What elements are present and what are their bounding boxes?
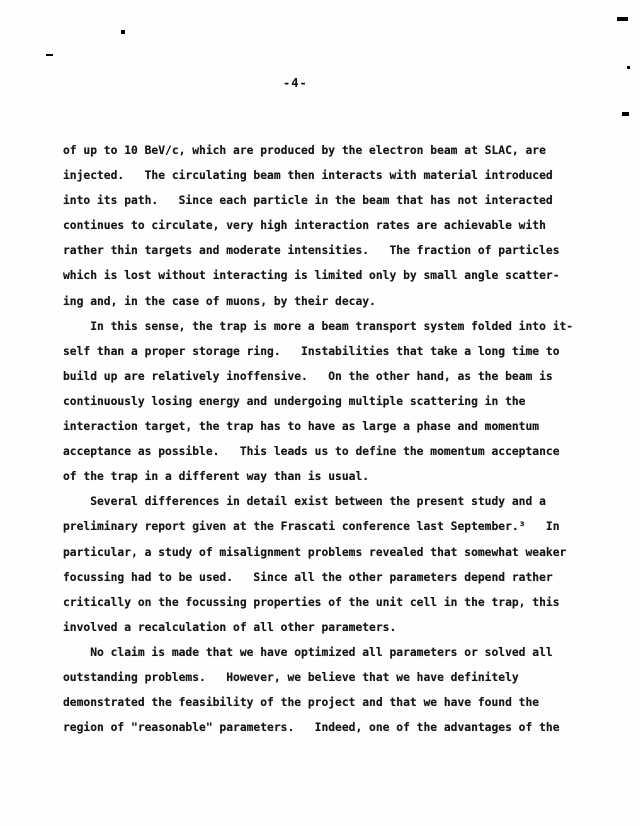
text-line: Several differences in detail exist betw… [63,489,585,514]
text-line: acceptance as possible. This leads us to… [63,439,585,464]
text-line: injected. The circulating beam then inte… [63,163,585,188]
text-line: focussing had to be used. Since all the … [63,565,585,590]
scan-speck [121,30,125,34]
text-line: of the trap in a different way than is u… [63,464,585,489]
document-body: of up to 10 BeV/c, which are produced by… [63,138,585,740]
text-line: region of "reasonable" parameters. Indee… [63,715,585,740]
text-line: build up are relatively inoffensive. On … [63,364,585,389]
text-line: of up to 10 BeV/c, which are produced by… [63,138,585,163]
text-line: critically on the focussing properties o… [63,590,585,615]
text-line: continues to circulate, very high intera… [63,213,585,238]
scan-speck [46,54,53,56]
scan-speck [617,17,628,21]
page-number: -4- [283,76,308,90]
text-line: continuously losing energy and undergoin… [63,389,585,414]
text-line: particular, a study of misalignment prob… [63,540,585,565]
text-line: demonstrated the feasibility of the proj… [63,690,585,715]
scan-speck [622,112,629,116]
text-line: interaction target, the trap has to have… [63,414,585,439]
text-line: self than a proper storage ring. Instabi… [63,339,585,364]
text-line: outstanding problems. However, we believ… [63,665,585,690]
text-line: preliminary report given at the Frascati… [63,514,585,539]
text-line: into its path. Since each particle in th… [63,188,585,213]
text-line: ing and, in the case of muons, by their … [63,289,585,314]
scan-speck [627,66,630,69]
text-line: involved a recalculation of all other pa… [63,615,585,640]
text-line: which is lost without interacting is lim… [63,263,585,288]
text-line: In this sense, the trap is more a beam t… [63,314,585,339]
text-line: rather thin targets and moderate intensi… [63,238,585,263]
scanned-document-page: -4- of up to 10 BeV/c, which are produce… [0,0,640,826]
text-line: No claim is made that we have optimized … [63,640,585,665]
